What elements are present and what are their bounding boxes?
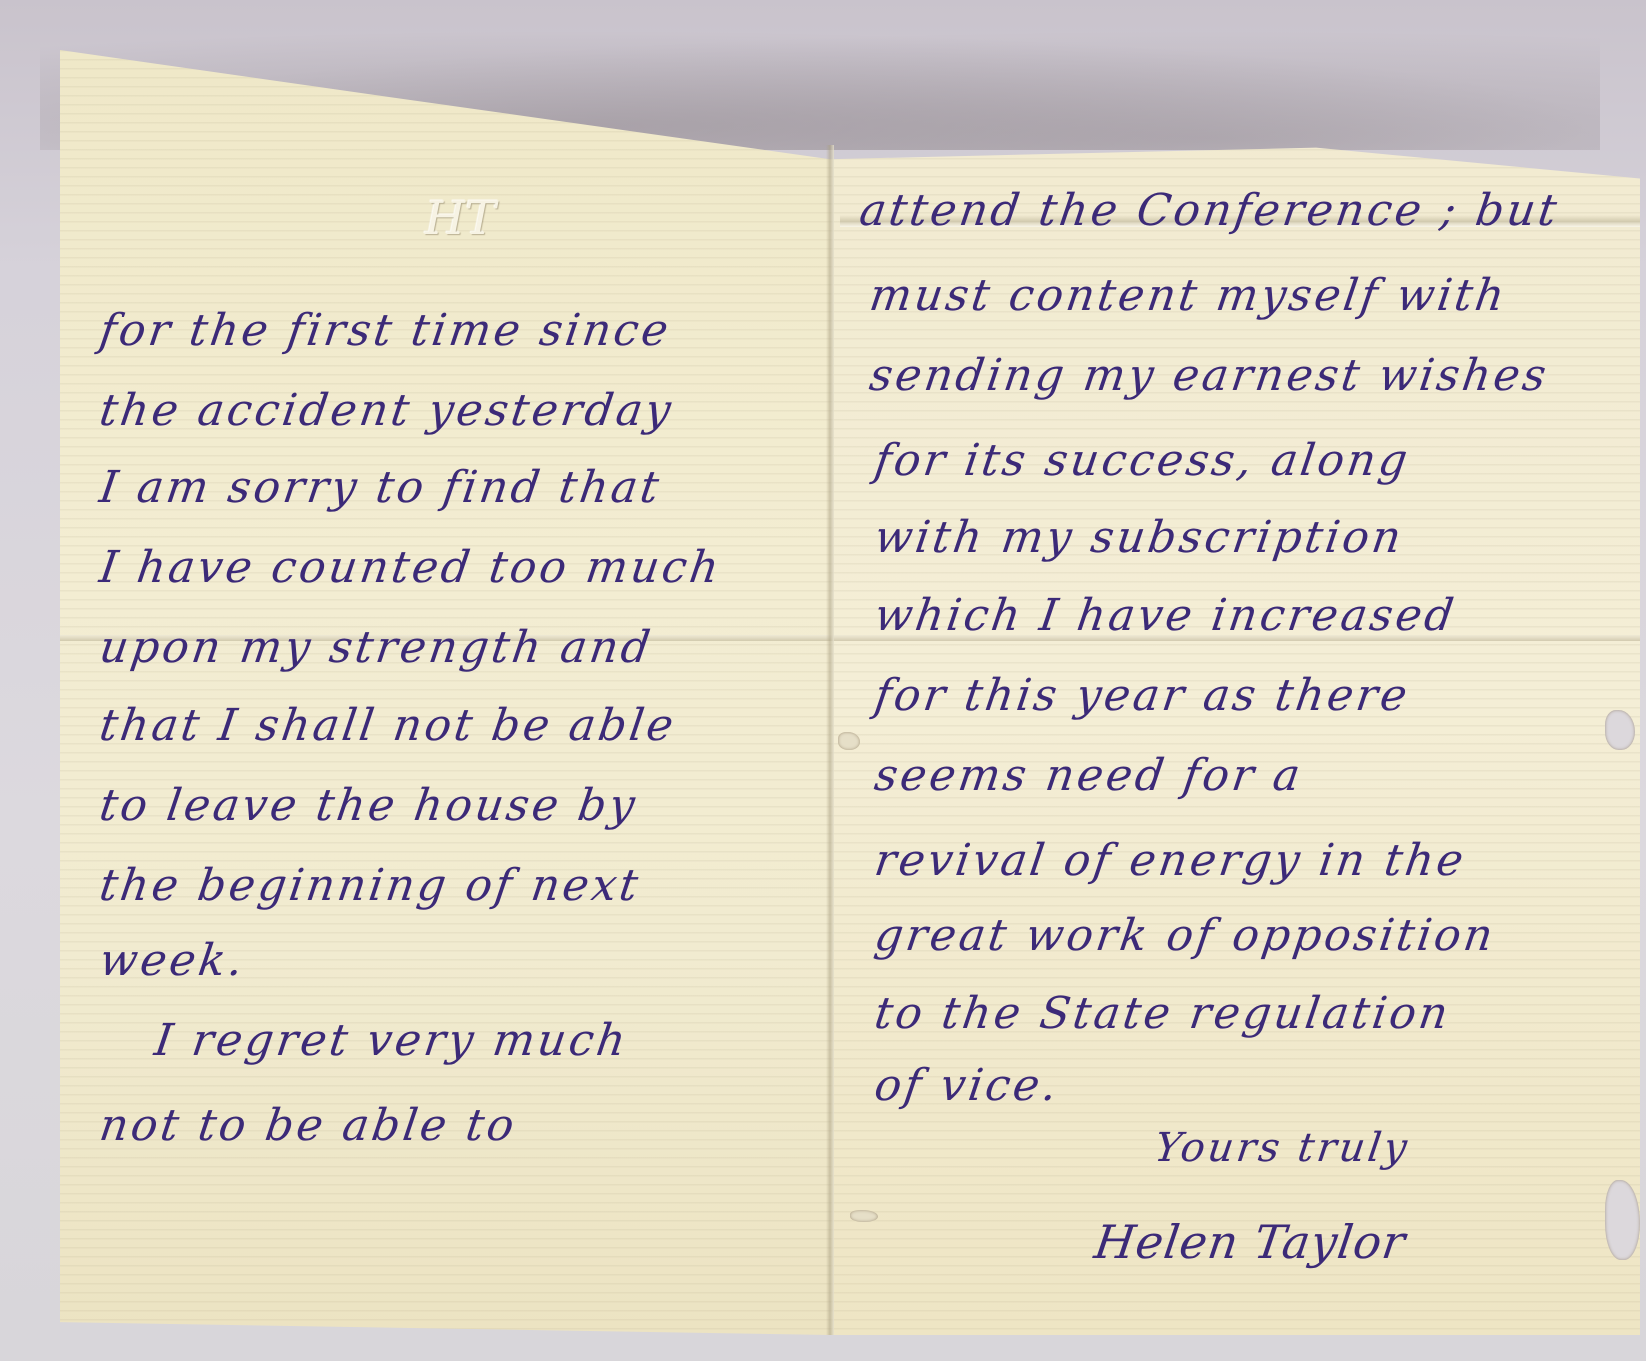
letter-line: not to be able to <box>96 1100 520 1151</box>
letter-line: must content myself with <box>866 270 1510 321</box>
letter-line: for the first time since <box>96 305 674 356</box>
letter-line: to the State regulation <box>871 988 1454 1039</box>
letter-line: revival of energy in the <box>871 835 1469 886</box>
letter-line: to leave the house by <box>96 780 640 831</box>
center-fold <box>826 145 834 1335</box>
letter-line: week. <box>96 935 249 986</box>
letter-line: with my subscription <box>871 512 1407 563</box>
letter-line: the beginning of next <box>96 860 644 911</box>
letter-line: I regret very much <box>151 1015 631 1066</box>
letter-sheet: HT for the first time since the accident… <box>60 50 1640 1335</box>
letter-line: upon my strength and <box>96 622 656 673</box>
signature: Helen Taylor <box>1091 1215 1409 1269</box>
letter-line: of vice. <box>871 1060 1063 1111</box>
letter-line: seems need for a <box>871 750 1306 801</box>
letter-line: great work of opposition <box>871 910 1498 961</box>
embossed-monogram-icon: HT <box>425 195 485 285</box>
paper-tear <box>850 1210 878 1222</box>
letter-line: for this year as there <box>871 670 1413 721</box>
letter-line: I am sorry to find that <box>96 462 664 513</box>
letter-closing: Yours truly <box>1152 1125 1413 1171</box>
letter-line: sending my earnest wishes <box>866 350 1552 401</box>
letter-line: attend the Conference ; but <box>856 185 1562 236</box>
letter-line: I have counted too much <box>96 542 724 593</box>
letter-line: the accident yesterday <box>96 385 677 436</box>
letter-line: for its success, along <box>871 435 1413 486</box>
letter-line: that I shall not be able <box>96 700 679 751</box>
letter-line: which I have increased <box>871 590 1459 641</box>
paper-tear <box>1605 710 1635 750</box>
paper-tear <box>838 732 860 750</box>
